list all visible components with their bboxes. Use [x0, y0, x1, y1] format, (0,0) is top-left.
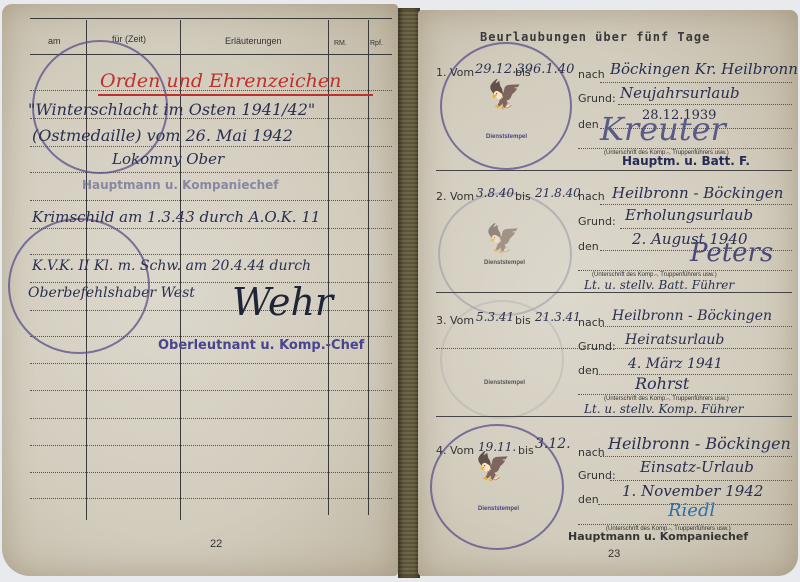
nach-label: nach [578, 446, 605, 459]
grund-label: Grund: [578, 92, 616, 105]
bis-label: bis [515, 190, 531, 203]
leave-number: 2. Vom [436, 190, 474, 203]
signer-rank: Lt. u. stellv. Komp. Führer [584, 402, 743, 416]
grund-label: Grund: [578, 215, 616, 228]
row-line [618, 104, 792, 105]
row-line [578, 524, 792, 525]
row-line [620, 228, 792, 229]
row-line [30, 445, 392, 446]
row-line [600, 82, 792, 83]
signer-rank: Hauptm. u. Batt. F. [622, 154, 750, 168]
eagle-emblem-icon: 🦅 [470, 78, 540, 111]
leave-destination: Heilbronn - Böckingen [608, 434, 791, 453]
entry-line: "Winterschlacht im Osten 1941/42" [28, 100, 315, 119]
row-line [600, 326, 792, 327]
table-top-border [30, 18, 392, 19]
row-line [578, 148, 792, 149]
leave-date: 4. März 1941 [628, 356, 723, 372]
row-line [578, 394, 792, 395]
grund-label: Grund: [578, 340, 616, 353]
signature: Riedl [668, 500, 715, 521]
handwritten-title: Orden und Ehrenzeichen [100, 70, 341, 92]
signer-rank: Hauptmann u. Kompaniechef [568, 530, 748, 543]
stamp-label: Dienststempel [486, 134, 527, 140]
entry-divider [436, 170, 792, 171]
entry-line: Krimschild am 1.3.43 durch A.O.K. 11 [32, 208, 320, 226]
leave-reason: Heiratsurlaub [625, 332, 724, 348]
leave-to-date: 6.1.40 [533, 62, 574, 77]
red-underline [98, 94, 373, 96]
leave-number: 4. Vom [436, 444, 474, 457]
eagle-emblem-icon: 🦅 [468, 222, 538, 255]
page-number: 22 [210, 538, 222, 550]
den-label: den [578, 493, 599, 506]
row-line [30, 498, 392, 499]
bis-label: bis [515, 314, 531, 327]
row-line [600, 456, 792, 457]
bis-label: bis [518, 444, 534, 457]
leave-to-date: 21.8.40 [535, 186, 581, 200]
row-line [30, 390, 392, 391]
bis-label: bis [515, 66, 531, 79]
leave-destination: Böckingen Kr. Heilbronn [610, 60, 798, 78]
signature: Kreuter [600, 110, 726, 148]
leave-reason: Erholungsurlaub [625, 206, 753, 224]
leave-reason: Neujahrsurlaub [620, 84, 740, 102]
entry-divider [436, 416, 792, 417]
leave-date: 1. November 1942 [622, 482, 763, 500]
signature: Rohrst [635, 374, 689, 393]
row-line [436, 348, 792, 349]
signature: Wehr [232, 280, 333, 324]
entry-line: K.V.K. II Kl. m. Schw. am 20.4.44 durch [32, 258, 311, 274]
leave-to-date: 3.12. [535, 436, 571, 452]
nach-label: nach [578, 190, 605, 203]
nach-label: nach [578, 316, 605, 329]
stamp-label: Dienststempel [484, 260, 525, 266]
row-line [30, 418, 392, 419]
leave-number: 3. Vom [436, 314, 474, 327]
header-rpf: Rpf. [370, 40, 383, 47]
entry-signature: Lokomny Ober [112, 150, 224, 168]
page-number: 23 [608, 548, 620, 560]
row-line [30, 472, 392, 473]
signer-rank: Lt. u. stellv. Batt. Führer [584, 278, 734, 292]
stamp-label: Dienststempel [484, 380, 525, 386]
header-rm: RM. [334, 40, 347, 47]
row-line [30, 200, 392, 201]
leave-from-date: 19.11. [478, 440, 516, 454]
row-line [596, 374, 792, 375]
leave-reason: Einsatz-Urlaub [640, 458, 754, 476]
entry-divider [436, 292, 792, 293]
leave-destination: Heilbronn - Böckingen [612, 184, 783, 202]
signature: Peters [690, 238, 773, 268]
leave-destination: Heilbronn - Böckingen [612, 308, 772, 324]
leave-from-date: 3.8.40 [476, 186, 514, 200]
stamp-label: Dienststempel [478, 506, 519, 512]
header-am: am [48, 36, 61, 46]
leave-from-date: 5.3.41 [476, 310, 514, 324]
den-label: den [578, 118, 599, 131]
leave-to-date: 21.3.41 [535, 310, 581, 324]
entry-line: Oberbefehlshaber West [28, 285, 195, 301]
leave-number: 1. Vom [436, 66, 474, 79]
book-spine [398, 8, 420, 578]
typed-rank: Hauptmann u. Kompaniechef [82, 178, 279, 192]
typed-rank: Oberleutnant u. Komp.-Chef [158, 338, 364, 353]
den-label: den [578, 240, 599, 253]
row-line [600, 204, 792, 205]
row-line [30, 363, 392, 364]
nach-label: nach [578, 68, 605, 81]
den-label: den [578, 364, 599, 377]
row-line [578, 270, 792, 271]
header-explanations: Erläuterungen [225, 36, 282, 46]
row-line [610, 480, 792, 481]
entry-line: (Ostmedaille) vom 26. Mai 1942 [32, 126, 293, 145]
